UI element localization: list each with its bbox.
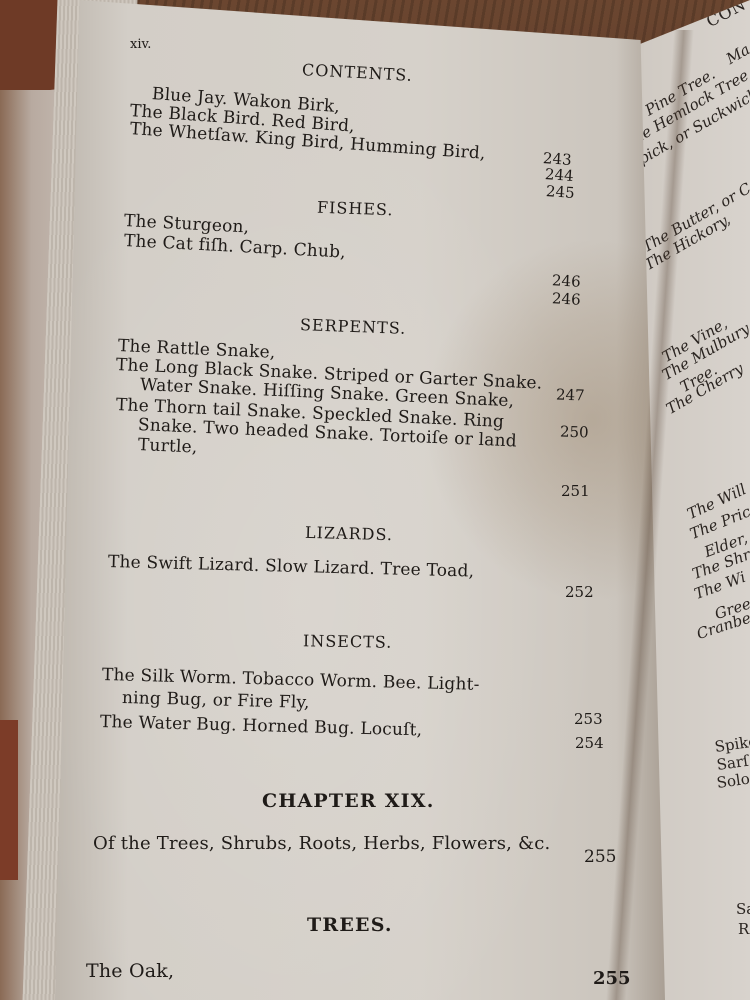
section-heading-lizards: LIZARDS. (305, 523, 393, 544)
page-number: 253 (574, 710, 603, 728)
chapter-heading: CHAPTER XIX. (262, 790, 435, 812)
page-number: 246 (552, 289, 582, 308)
right-fragment: Sa (736, 900, 750, 918)
right-fragment: R (738, 920, 749, 938)
contents-entry: Turtle, (138, 435, 198, 458)
page-number: 246 (552, 271, 582, 290)
right-fragment: Solo (715, 770, 750, 792)
page-number: 254 (575, 734, 604, 752)
section-heading-serpents: SERPENTS. (300, 315, 407, 338)
page-folio: xiv. (130, 37, 151, 52)
page-number: 250 (560, 423, 589, 442)
section-heading-trees: TREES. (307, 914, 393, 936)
contents-entry: Of the Trees, Shrubs, Roots, Herbs, Flow… (93, 833, 550, 854)
page-number: 245 (545, 182, 575, 202)
section-heading-fishes: FISHES. (317, 198, 394, 220)
page-number: 252 (565, 583, 594, 601)
leather-binding-edge (0, 720, 18, 880)
page-number: 251 (561, 482, 590, 500)
page-number: 255 (584, 847, 616, 867)
contents-entry: The Oak, (86, 960, 174, 982)
page-number: 255 (593, 968, 631, 989)
section-heading-insects: INSECTS. (303, 631, 393, 652)
page-number: 247 (556, 386, 585, 405)
